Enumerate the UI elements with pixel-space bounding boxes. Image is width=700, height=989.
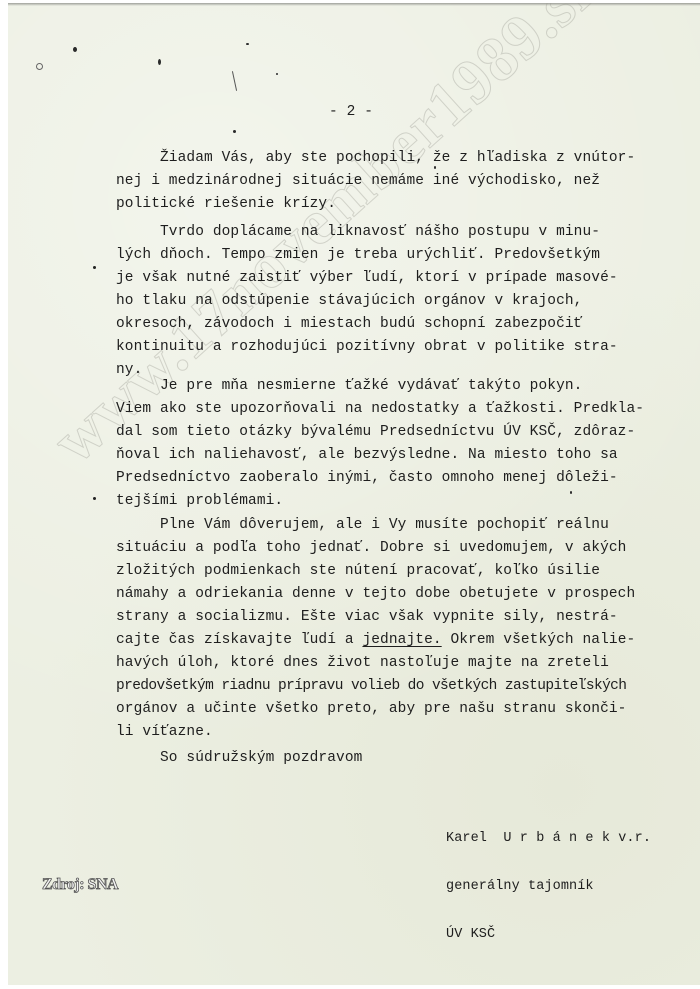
text-line: situáciu a podľa toho jednať. Dobre si u…: [116, 537, 635, 560]
text-line: je však nutné zaistiť výber ľudí, ktorí …: [116, 267, 618, 290]
text-line: kontinuitu a rozhodujúci pozitívny obrat…: [116, 336, 618, 359]
text-line: Tvrdo doplácame na liknavosť nášho postu…: [116, 221, 618, 244]
text-line: Je pre mňa nesmierne ťažké vydávať takýt…: [116, 375, 644, 398]
text-line: dal som tieto otázky bývalému Predsedníc…: [116, 421, 644, 444]
text-line: okresoch, závodoch i miestach budú schop…: [116, 313, 618, 336]
text-line: orgánov a učinte všetko preto, aby pre n…: [116, 698, 635, 721]
margin-dot: [93, 266, 96, 269]
paragraph-2: Tvrdo doplácame na liknavosť nášho postu…: [116, 221, 618, 382]
text-line: Plne Vám dôverujem, ale i Vy musíte poch…: [116, 514, 635, 537]
text-line: Predsedníctvo zaoberalo inými, často omn…: [116, 467, 644, 490]
margin-dot: [93, 497, 96, 500]
text-fragment: cajte čas získavajte ľudí a: [116, 632, 362, 648]
text-line: Viem ako ste upozorňovali na nedostatky …: [116, 398, 644, 421]
paper-scratch: [232, 71, 237, 91]
text-line: cajte čas získavajte ľudí a jednajte. Ok…: [116, 629, 635, 652]
dust-speck: [36, 63, 43, 70]
scan-edge-shadow: [8, 3, 700, 6]
dust-speck: [158, 59, 161, 65]
paragraph-1: Žiadam Vás, aby ste pochopili, že z hľad…: [116, 147, 635, 216]
paragraph-3: Je pre mňa nesmierne ťažké vydávať takýt…: [116, 375, 644, 513]
paragraph-4: Plne Vám dôverujem, ale i Vy musíte poch…: [116, 514, 635, 744]
dust-speck: [233, 130, 236, 133]
text-fragment: Okrem všetkých nalie-: [442, 632, 636, 648]
signatory-name: Karel U r b á n e k v.r.: [446, 831, 651, 847]
dust-speck: [246, 43, 249, 45]
text-line: predovšetkým riadnu prípravu volieb do v…: [116, 675, 635, 698]
text-line: ňoval ich naliehavosť, ale bezvýsledne. …: [116, 444, 644, 467]
text-line: ho tlaku na odstúpenie stávajúcich orgán…: [116, 290, 618, 313]
closing-salutation: So súdružským pozdravom: [116, 747, 362, 770]
scanned-page: www.17november1989.sk - 2 - Žiadam Vás, …: [8, 3, 700, 985]
dust-speck: [276, 73, 278, 75]
text-line: lých dňoch. Tempo zmien je treba urýchli…: [116, 244, 618, 267]
text-line: strany a socializmu. Ešte viac však vypn…: [116, 606, 635, 629]
signatory-organization: ÚV KSČ: [446, 927, 651, 943]
underlined-word: jednajte.: [362, 632, 441, 648]
page-number: - 2 -: [329, 101, 373, 124]
text-line: politické riešenie krízy.: [116, 193, 635, 216]
source-label: Zdroj: SNA: [42, 876, 118, 894]
signatory-title: generálny tajomník: [446, 879, 651, 895]
text-line: tejšími problémami.: [116, 490, 644, 513]
signature-block: Karel U r b á n e k v.r. generálny tajom…: [446, 799, 651, 975]
dust-speck: [73, 47, 77, 52]
text-line: li víťazne.: [116, 721, 635, 744]
text-line: zložitých podmienkach ste nútení pracova…: [116, 560, 635, 583]
text-line: nej i medzinárodnej situácie nemáme iné …: [116, 170, 635, 193]
text-line: námahy a odriekania denne v tejto dobe o…: [116, 583, 635, 606]
text-line: Žiadam Vás, aby ste pochopili, že z hľad…: [116, 147, 635, 170]
text-line: havých úloh, ktoré dnes život nastoľuje …: [116, 652, 635, 675]
